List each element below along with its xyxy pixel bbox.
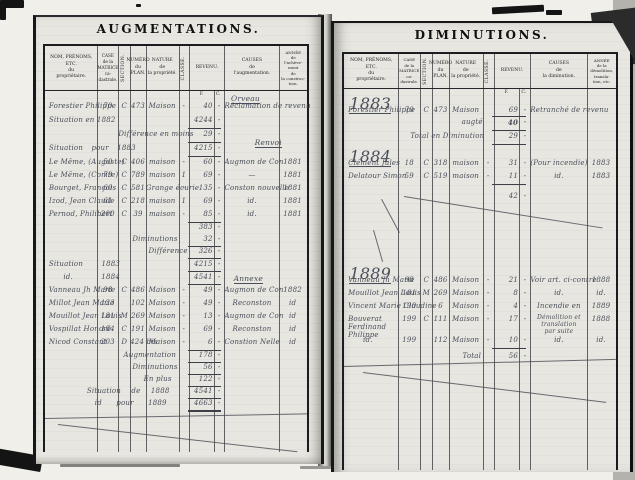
sum-rule [492, 130, 526, 131]
cell-nature: Maison [146, 299, 179, 307]
cell-cents: - [519, 172, 530, 180]
column-header-nature: NATURE de la propriété. [449, 54, 483, 88]
column-header-case: CASE de la MATRICE ca- dastrale. [97, 46, 118, 90]
cell-section: M [118, 312, 130, 320]
cell-revenue: 6 [189, 338, 213, 346]
cell-revenue: 31 [494, 159, 518, 167]
cell-cents: - [519, 192, 530, 200]
augmentations-table: NOM, PRÉNOMS, ETC. du propriétaire. CASE… [43, 44, 309, 452]
cell-cents: - [214, 247, 224, 255]
cell-cause: Conston nouvelle [224, 184, 279, 192]
sum-rule [492, 184, 526, 185]
cell-plan: 789 [130, 171, 146, 179]
cell-cents: - [519, 276, 530, 284]
cell-cause: Réclamation de revenu [224, 102, 279, 110]
annotation-annexe: Annexe [234, 274, 263, 284]
cell-cents: - [519, 106, 530, 114]
en-plus-value: 122 [189, 375, 213, 383]
cell-section: C [420, 276, 432, 284]
situation-row: Situation de 1888 4541 - [45, 387, 307, 399]
cell-plan: 486 [130, 286, 146, 294]
film-smudge-bottom-1 [60, 464, 180, 467]
cell-cause: Voir art. ci-contre [530, 276, 587, 284]
cell-revenue: 49 [189, 286, 213, 294]
sum-rule [188, 142, 221, 143]
cell-case: 98 [398, 276, 420, 284]
cell-nature: Maison [449, 276, 483, 284]
cell-cents: - [214, 184, 224, 192]
cell-cents: - [214, 223, 224, 231]
film-mark-top-left-2 [0, 0, 6, 20]
cell-plan: 111 [432, 315, 448, 323]
cell-cents: - [214, 351, 224, 359]
cell-owner: Vospillat Honoré [49, 325, 99, 333]
cell-case: 61 [97, 197, 118, 205]
cell-owner: Vanneau Jh Marie [49, 286, 99, 294]
sum-rule [188, 271, 221, 272]
difference-value: 29 [189, 130, 213, 138]
cell-nature: Maison [449, 106, 483, 114]
cell-cause: Démolition et translation par suite [530, 315, 587, 336]
situation-label: Situation en 1882 [49, 116, 154, 124]
film-speck [136, 4, 141, 7]
situation-label: Situation 1883 [49, 260, 159, 268]
cell-year: 1881 [279, 158, 305, 166]
cell-cents: - [519, 315, 530, 323]
cell-case: 98 [97, 286, 118, 294]
situation-value: 4541 [189, 273, 213, 281]
cancellation-stroke [381, 199, 400, 233]
cell-revenue: 11 [494, 172, 518, 180]
cell-section: D [118, 338, 130, 346]
total-value: 29 [494, 132, 518, 140]
table-row: Nicod Constant203D424 bisMaison-6-Consti… [45, 338, 307, 350]
augmente-row: augté 40 - [344, 118, 616, 130]
sum-rule [188, 284, 221, 285]
film-mark-top-right [492, 5, 544, 15]
right-page-title: DIMINUTIONS. [334, 28, 630, 42]
cell-case: 18 [398, 159, 420, 167]
table-row: Vincent Marie Claudine1906Maison-4-Incen… [344, 302, 616, 314]
cell-owner: Izod, Jean Claude [49, 197, 99, 205]
situation-label: Situation pour 1883 [49, 144, 159, 152]
cell-cents: - [519, 118, 530, 126]
sum-rule [188, 410, 221, 412]
cell-section: C [420, 315, 432, 323]
diminutions-row: Diminutions 32 - [45, 235, 307, 247]
table-row: Millot Jean Marie123102Maison-49-Reconst… [45, 299, 307, 311]
cell-plan: 39 [130, 210, 146, 218]
cell-plan: 473 [130, 102, 146, 110]
cell-section: C [118, 102, 130, 110]
cell-section: C [118, 286, 130, 294]
cell-classe: - [179, 325, 189, 333]
cell-cents: - [214, 260, 224, 268]
cell-year: id [279, 325, 305, 333]
cell-revenue: 60 [189, 158, 213, 166]
cell-year: id. [587, 289, 614, 297]
cell-cause: Constion Nelle [224, 338, 279, 346]
situation-value: 4244 [189, 116, 213, 124]
situation-value: 4541 [189, 387, 213, 395]
cell-year: 1882 [279, 286, 305, 294]
cell-plan: 581 [130, 184, 146, 192]
cell-plan: 424 bis [130, 338, 146, 346]
cell-section: C [118, 158, 130, 166]
cell-classe: - [179, 102, 189, 110]
sum-rule [492, 348, 526, 349]
total-value: 42 [494, 192, 518, 200]
cell-classe: - [179, 210, 189, 218]
table-row: Mouillot Jean Louis181M269Maison-13-Augm… [45, 312, 307, 324]
diminutions-table: NOM, PRÉNOMS, ETC. du propriétaire. CASE… [342, 52, 618, 470]
cell-section: C [118, 171, 130, 179]
situation-label: id. 1884 [63, 273, 157, 281]
total-value: 383 [189, 223, 213, 231]
cell-revenue: 85 [189, 210, 213, 218]
cell-cause: Augmon de Con [224, 158, 279, 166]
cell-section: C [118, 197, 130, 205]
column-header-classe: CLASSE. [179, 46, 189, 90]
cell-cause: Augmon de Con [224, 312, 279, 320]
cell-cents: - [214, 116, 224, 124]
en-plus-label: En plus [131, 375, 183, 383]
left-page-title: AUGMENTATIONS. [36, 22, 321, 36]
cell-case: 70 [97, 102, 118, 110]
cell-cents: - [214, 273, 224, 281]
diminution-value: 56 [189, 363, 213, 371]
cell-case: 59 [398, 172, 420, 180]
cell-nature: Maison [449, 336, 483, 344]
cell-nature: maison [146, 197, 179, 205]
cell-revenue: 21 [494, 276, 518, 284]
augmentation-label: Augmentation [113, 351, 186, 359]
cell-section: C [420, 106, 432, 114]
cell-owner: Delatour Simon [348, 172, 400, 180]
cell-classe: - [179, 286, 189, 294]
cell-case: 181 [398, 289, 420, 297]
cell-cause: id. [530, 289, 587, 297]
cell-plan: 486 [432, 276, 448, 284]
cell-cents: - [214, 338, 224, 346]
column-header-annee: ANNÉE de la démolition, transla- tion, e… [587, 54, 616, 88]
cell-year: id. [587, 336, 614, 344]
cell-plan: 318 [432, 159, 448, 167]
cell-plan: 218 [130, 197, 146, 205]
cell-cause: id. [224, 210, 279, 218]
column-header-annee: ANNÉE de l'achève- ment de la construc- … [279, 46, 307, 90]
cell-case: 181 [97, 312, 118, 320]
cell-cause: Incendie en [530, 302, 587, 310]
column-header-classe: CLASSE. [483, 54, 494, 88]
cell-cause: Retranché de revenu [530, 106, 587, 114]
sum-rule [188, 156, 221, 157]
table-row: Forestier Philippe 70 C 473 Maison - 40 … [45, 102, 307, 114]
cell-section: C [420, 159, 432, 167]
unit-francs: F. [504, 90, 508, 95]
cell-nature: Maison [146, 338, 179, 346]
cell-year: 1881 [279, 197, 305, 205]
cell-revenue: 40 [189, 102, 213, 110]
table-row: id.199112Maison-10-id.id. [344, 336, 616, 348]
situation-1882-row: Situation en 1882 4244 - [45, 116, 307, 128]
cell-revenue: 10 [494, 336, 518, 344]
cell-classe: - [179, 299, 189, 307]
unit-francs: F. [200, 92, 204, 97]
cell-case: 79 [97, 171, 118, 179]
cell-classe: - [483, 336, 494, 344]
cell-revenue: 49 [189, 299, 213, 307]
cell-owner: Le Même, (Auguste) [49, 158, 99, 166]
cell-cause: id. [530, 336, 587, 344]
cell-classe: - [179, 184, 189, 192]
table-row: Vanneau Jh Marie98C486Maison-21-Voir art… [344, 276, 616, 288]
column-header-case: CASE de la MATRICE ca- dastrale. [398, 54, 420, 88]
cell-nature: Maison [146, 325, 179, 333]
cell-classe: - [483, 289, 494, 297]
cell-cents: - [519, 159, 530, 167]
cell-cause: Reconston [224, 299, 279, 307]
cell-revenue: 69 [189, 197, 213, 205]
diminution-total-row: Diminutions 56 - [45, 363, 307, 375]
cell-cents: - [214, 130, 224, 138]
column-header-nature: NATURE de la propriété. [146, 46, 179, 90]
cell-classe: - [483, 276, 494, 284]
cell-owner: Clément Jules [348, 159, 400, 167]
cell-classe: - [483, 302, 494, 310]
sum-rule [492, 116, 526, 117]
diminutions-value: 32 [189, 235, 213, 243]
cell-cents: - [519, 336, 530, 344]
augmentation-value: 178 [189, 351, 213, 359]
cell-owner: Forestier Philippe [49, 102, 99, 110]
cell-classe: - [179, 312, 189, 320]
cell-cents: - [519, 289, 530, 297]
cell-owner: Mouillot Jean Louis [348, 289, 400, 297]
cancellation-stroke [373, 230, 383, 262]
cell-year: id [279, 338, 305, 346]
cell-cents: - [519, 132, 530, 140]
cell-owner: Nicod Constant [49, 338, 99, 346]
cell-nature: Maison [449, 302, 483, 310]
table-row: Forestier Philippe70C473Maison69-Retranc… [344, 106, 616, 118]
cell-nature: Maison [449, 289, 483, 297]
cell-cents: - [214, 286, 224, 294]
cell-revenue: 135 [189, 184, 213, 192]
cell-year: 1888 [587, 276, 614, 284]
column-header-causes: CAUSES de l'augmentation. [224, 46, 279, 90]
situation-label: Situation de 1888 [87, 387, 181, 395]
cell-owner: Forestier Philippe [348, 106, 400, 114]
cell-nature: maison [146, 210, 179, 218]
cell-nature: Grange écurie [146, 184, 179, 192]
situation-1883-row: Situation pour 1883 4215 - [45, 144, 307, 156]
cell-revenue: 8 [494, 289, 518, 297]
difference-row: Différence 326 - [45, 247, 307, 259]
cell-cents: - [214, 399, 224, 407]
column-header-owner: NOM, PRÉNOMS, ETC. du propriétaire. [344, 54, 398, 88]
cell-case: 199 [398, 336, 420, 344]
table-row: Pernod, Philibert200C39maison-85-id.1881 [45, 210, 307, 222]
cell-nature: maison [449, 172, 483, 180]
diminutions-label: Diminutions [124, 235, 187, 243]
cell-cause: (Pour incendie) [530, 159, 587, 167]
cell-plan: 112 [432, 336, 448, 344]
cell-section: C [420, 172, 432, 180]
column-header-plan: NUMÉRO du PLAN. [130, 46, 146, 90]
table-row: Bouverat Ferdinand Philippe199C111Maison… [344, 315, 616, 335]
situation-value: 4663 [189, 399, 213, 407]
cell-case: 123 [97, 299, 118, 307]
table-row: Vanneau Jh Marie98C486Maison-49-Augmon d… [45, 286, 307, 298]
left-page: AUGMENTATIONS. NOM, PRÉNOMS, ETC. du pro… [33, 15, 324, 464]
table-row: Vospillat Honoré184C191Maison-69-Reconst… [45, 325, 307, 337]
difference-value: 326 [189, 247, 213, 255]
cell-revenue: 17 [494, 315, 518, 323]
augmentation-total-row: Augmentation 178 - [45, 351, 307, 363]
unit-centimes: C. [216, 92, 221, 97]
cell-year: 1881 [279, 184, 305, 192]
cell-plan: 269 [432, 289, 448, 297]
cell-year: 1881 [279, 171, 305, 179]
total-row: 383 - [45, 223, 307, 235]
header-rule [45, 90, 307, 91]
cell-cents: - [214, 375, 224, 383]
cell-plan: 406 [130, 158, 146, 166]
total-label: Total [453, 352, 491, 360]
situation-row: id. 1884 4541 - [45, 273, 307, 285]
cancellation-stroke [45, 413, 307, 419]
cell-owner: Bourget, François [49, 184, 99, 192]
cell-year: 1883 [587, 172, 614, 180]
cell-owner: Mouillot Jean Louis [49, 312, 99, 320]
sum-rule [188, 128, 221, 129]
cell-year: id [279, 312, 305, 320]
cell-year: 1883 [587, 159, 614, 167]
cell-nature: maison [146, 171, 179, 179]
situation-row: Situation 1883 4215 - [45, 260, 307, 272]
difference-label: Différence en moins [118, 130, 191, 138]
cell-case: 190 [398, 302, 420, 310]
cell-year: id [279, 299, 305, 307]
cell-case: 199 [398, 315, 420, 323]
cell-cents: - [214, 312, 224, 320]
total-row: 42 - [344, 192, 616, 204]
cell-section: C [118, 210, 130, 218]
cell-cents: - [214, 158, 224, 166]
augmente-note: augté [449, 118, 483, 126]
situation-value: 4215 [189, 144, 213, 152]
cell-cents: - [519, 302, 530, 310]
table-row: Delatour Simon59C519maison-11-id.1883 [344, 172, 616, 184]
cell-year: 1889 [587, 302, 614, 310]
cell-classe: - [483, 159, 494, 167]
cell-case: 70 [398, 106, 420, 114]
table-row: Bourget, François60C581Grange écurie-135… [45, 184, 307, 196]
table-row: Mouillot Jean Louis181M269Maison-8-id.id… [344, 289, 616, 301]
total-value: 56 [494, 352, 518, 360]
cell-plan: 191 [130, 325, 146, 333]
table-row: Izod, Jean Claude61C218maison169-id.1881 [45, 197, 307, 209]
column-header-causes: CAUSES de la diminution. [530, 54, 587, 88]
cell-section: M [420, 289, 432, 297]
cell-cause: Augmon de Con [224, 286, 279, 294]
cell-case: 60 [97, 184, 118, 192]
cell-cents: - [214, 210, 224, 218]
cell-cents: - [214, 102, 224, 110]
diminution-label: Diminutions [124, 363, 187, 371]
cell-cause: Reconston [224, 325, 279, 333]
cell-plan: 269 [130, 312, 146, 320]
table-row: Clément Jules18C318maison-31-(Pour incen… [344, 159, 616, 171]
total-label: Total en Diminution [404, 132, 491, 140]
cell-revenue: 13 [189, 312, 213, 320]
cell-case: 184 [97, 325, 118, 333]
cell-plan: 102 [130, 299, 146, 307]
cell-case: 200 [97, 210, 118, 218]
unit-centimes: C. [521, 90, 526, 95]
cell-nature: Maison [146, 102, 179, 110]
column-header-owner: NOM, PRÉNOMS, ETC. du propriétaire. [45, 46, 97, 90]
cell-revenue: 4 [494, 302, 518, 310]
cell-classe: - [483, 315, 494, 323]
cell-plan: 519 [432, 172, 448, 180]
cell-cents: - [214, 235, 224, 243]
cell-plan: 473 [432, 106, 448, 114]
table-row: Le Même, (Auguste)50C406maison-60-Augmon… [45, 158, 307, 170]
cell-cents: - [214, 197, 224, 205]
cell-nature: maison [449, 159, 483, 167]
cell-cause: id. [530, 172, 587, 180]
cell-cents: - [214, 171, 224, 179]
cell-year: 1888 [587, 315, 614, 323]
cell-classe: - [483, 172, 494, 180]
total-diminution-row: Total en Diminution 29 - [344, 132, 616, 144]
situation-label: id pour 1889 [95, 399, 181, 407]
cell-owner: Vanneau Jh Marie [348, 276, 400, 284]
cell-classe: 1 [179, 197, 189, 205]
cell-cause: — [224, 171, 279, 179]
sum-rule [188, 258, 221, 259]
cell-classe: 1 [179, 171, 189, 179]
cell-nature: Maison [146, 312, 179, 320]
cell-owner: id. [363, 336, 373, 344]
cell-cents: - [214, 299, 224, 307]
sum-rule [492, 144, 526, 145]
cell-cents: - [214, 387, 224, 395]
cell-classe: - [179, 338, 189, 346]
cell-revenue: 69 [189, 325, 213, 333]
cell-cause: id. [224, 197, 279, 205]
situation-value: 4215 [189, 260, 213, 268]
cell-plan: 6 [432, 302, 448, 310]
column-header-plan: NUMÉRO du PLAN. [432, 54, 448, 88]
en-plus-row: En plus 122 - [45, 375, 307, 387]
cell-classe: - [179, 158, 189, 166]
cell-owner: Vincent Marie Claudine [348, 302, 400, 310]
cell-revenue: 69 [494, 106, 518, 114]
cell-nature: Maison [146, 286, 179, 294]
cell-cents: - [519, 352, 530, 360]
cell-owner: Millot Jean Marie [49, 299, 99, 307]
augmente-value: 40 [494, 118, 518, 127]
cell-case: 50 [97, 158, 118, 166]
cell-nature: Maison [449, 315, 483, 323]
column-header-revenu: REVENU. [189, 46, 224, 90]
film-mark-top-right-2 [546, 10, 562, 15]
cell-nature: maison [146, 158, 179, 166]
cell-case: 203 [97, 338, 118, 346]
